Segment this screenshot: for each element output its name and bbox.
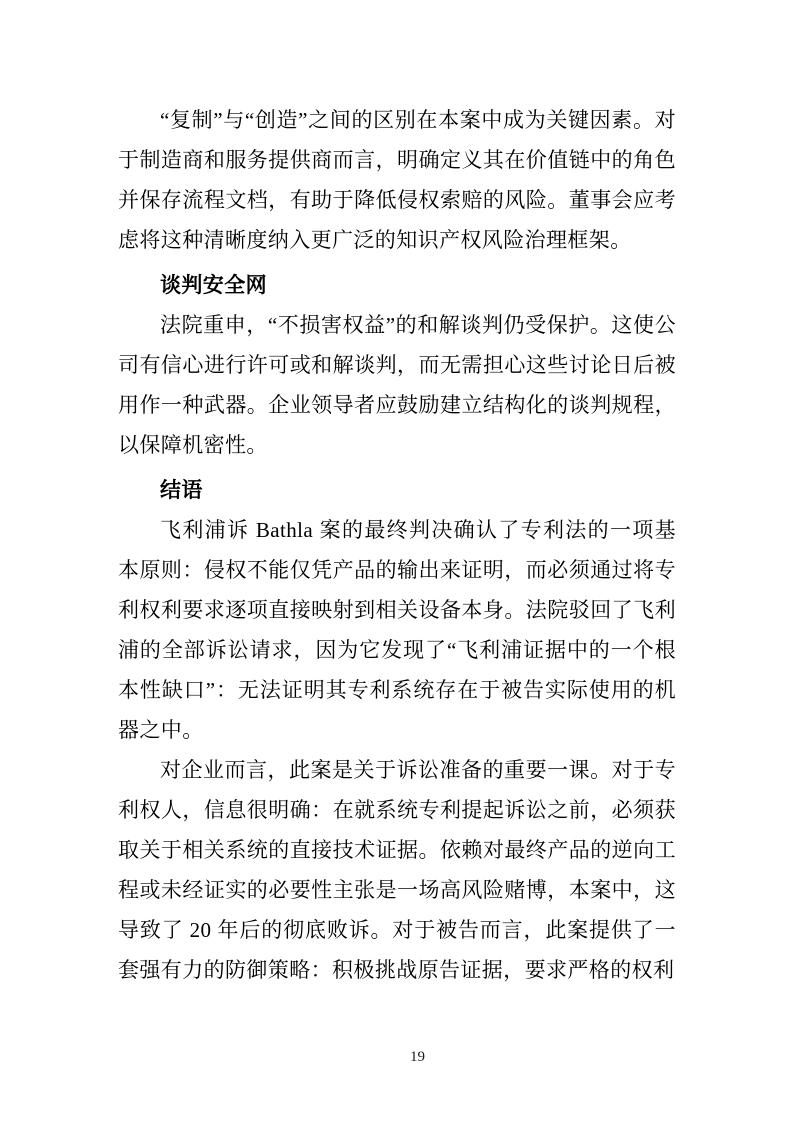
paragraph-copy-vs-create: “复制”与“创造”之间的区别在本案中成为关键因素。对于制造商和服务提供商而言，明…: [118, 100, 676, 260]
section-heading-negotiation-safety-net: 谈判安全网: [118, 265, 676, 305]
section-heading-conclusion: 结语: [118, 470, 676, 510]
paragraph-lessons-for-business: 对企业而言，此案是关于诉讼准备的重要一课。对于专利权人，信息很明确：在就系统专利…: [118, 750, 676, 990]
document-page: “复制”与“创造”之间的区别在本案中成为关键因素。对于制造商和服务提供商而言，明…: [0, 0, 793, 1122]
page-number: 19: [21, 1049, 793, 1065]
document-content: “复制”与“创造”之间的区别在本案中成为关键因素。对于制造商和服务提供商而言，明…: [118, 100, 676, 990]
paragraph-final-judgment: 飞利浦诉 Bathla 案的最终判决确认了专利法的一项基本原则：侵权不能仅凭产品…: [118, 510, 676, 750]
paragraph-settlement-protection: 法院重申，“不损害权益”的和解谈判仍受保护。这使公司有信心进行许可或和解谈判，而…: [118, 305, 676, 465]
